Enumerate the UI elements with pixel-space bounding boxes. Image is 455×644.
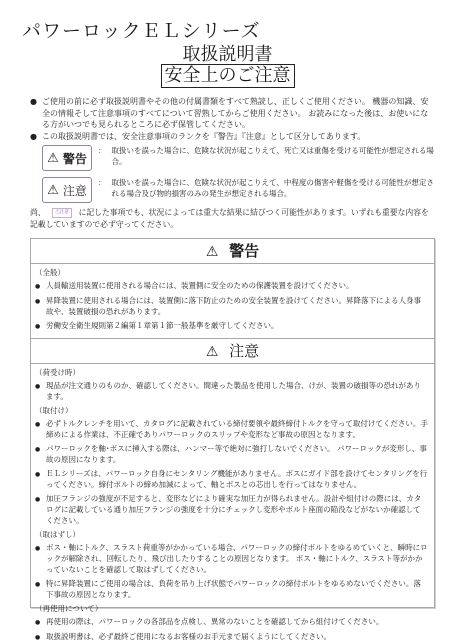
subtitle-wrap: 安全上のご注意 [0, 64, 455, 88]
caution-sign-label: 注意 [63, 182, 87, 199]
item-text: 現品が注文通りのものか、確認してください。間違った製品を使用した場合、けが、装置… [46, 380, 428, 402]
legend-description: ： 取扱いを誤った場合に、危険な状況が起こりえて、死亡又は重傷を受ける可能性が想… [98, 145, 437, 167]
series-title: パワーロックＥＬシリーズ [22, 16, 261, 43]
colon: ： [98, 145, 106, 167]
intro-bullet-text: この取扱説明書では、安全注意事項のランクを『警告』『注意』として区分してあります… [42, 131, 365, 143]
bullet-icon: ● [35, 380, 46, 402]
list-item: ●昇降装置に使用される場合には、装置側に落下防止のための安全装置を設けてください… [35, 295, 428, 317]
item-text: パワーロックを軸･ボスに挿入する際は、ハンマー等で絶対に強打しないでください。 … [46, 443, 428, 465]
group-heading: （全般） [35, 267, 428, 278]
intro-bullet: ● この取扱説明書では、安全注意事項のランクを『警告』『注意』として区分してあり… [30, 131, 435, 143]
item-text: ＥＬシリーズは、パワーロック自身にセンタリング機能がありません。ボスにガイド部を… [46, 468, 428, 490]
item-text: 労働安全衛生規則第２編第１章第１節一般基準を厳守してください。 [46, 320, 428, 332]
caution-section-header: ⚠ 注意 [31, 338, 434, 364]
warning-triangle-icon: ⚠ [206, 344, 219, 360]
bullet-icon: ● [35, 616, 46, 628]
legend-row-warning: ⚠ 警告 ： 取扱いを誤った場合に、危険な状況が起こりえて、死亡又は重傷を受ける… [42, 145, 437, 171]
list-item: ●現品が注文通りのものか、確認してください。間違った製品を使用した場合、けが、装… [35, 380, 428, 402]
note-text: に記した事項でも、状況によっては重大な結果に結びつく可能性があります。いずれも重… [30, 208, 429, 229]
warning-sign: ⚠ 警告 [42, 145, 92, 171]
bullet-icon: ● [35, 542, 46, 575]
warning-section-header: ⚠ 警告 [31, 239, 434, 264]
list-item: ●労働安全衛生規則第２編第１章第１節一般基準を厳守してください。 [35, 320, 428, 332]
list-item: ●パワーロックを軸･ボスに挿入する際は、ハンマー等で絶対に強打しないでください。… [35, 443, 428, 465]
note-paragraph: 尚、 ⚠注意 に記した事項でも、状況によっては重大な結果に結びつく可能性がありま… [30, 207, 435, 230]
bullet-icon: ● [30, 131, 42, 143]
legend-row-caution: ⚠ 注意 ： 取扱いを誤った場合に、危険な状況が起こりえて、中程度の傷害や軽傷を… [42, 177, 437, 203]
item-text: 必ずトルクレンチを用いて、カタログに記載されている締付要領や最終締付トルクを守っ… [46, 418, 428, 440]
intro-bullet-text: ご使用の前に必ず取扱説明書やその他の付属書類をすべて熟読し、正しくご使用ください… [42, 96, 435, 131]
list-item: ●特に昇降装置にご使用の場合は、負荷を吊り上げ状態でパワーロックの締付ボルトをゆ… [35, 578, 428, 600]
warning-triangle-icon: ⚠ [47, 151, 59, 166]
list-item: ●ボス・軸にトルク、スラスト荷重等がかかっている場合、パワーロックの締付ボルトを… [35, 542, 428, 575]
item-text: 取扱説明書は、必ず最終ご使用になるお客様のお手元まで届くようにしてください。 [46, 631, 428, 643]
item-text: 加圧フランジの強度が不足すると、変形などにより確実な加圧力が得られません。設計や… [46, 493, 428, 526]
group-heading: （取付け） [35, 405, 428, 416]
caution-sign: ⚠ 注意 [42, 177, 92, 203]
document-title: 取扱説明書 [0, 40, 455, 66]
bullet-icon: ● [35, 320, 46, 332]
bullet-icon: ● [35, 578, 46, 600]
caution-definition: 取扱いを誤った場合に、危険な状況が起こりえて、中程度の傷害や軽傷を受ける可能性が… [112, 177, 438, 199]
warning-section-body: （全般） ●人員輸送用装置に使用される場合には、装置側に安全のための保護装置を設… [31, 264, 434, 338]
caution-section-body: （荷受け時） ●現品が注文通りのものか、確認してください。間違った製品を使用した… [31, 364, 434, 644]
warning-triangle-icon: ⚠ [206, 244, 219, 260]
bullet-icon: ● [35, 280, 46, 292]
bullet-icon: ● [30, 96, 42, 131]
group-heading: （取はずし） [35, 529, 428, 540]
list-item: ●ＥＬシリーズは、パワーロック自身にセンタリング機能がありません。ボスにガイド部… [35, 468, 428, 490]
warning-section-title: 警告 [229, 242, 259, 260]
bullet-icon: ● [35, 418, 46, 440]
item-text: 人員輸送用装置に使用される場合には、装置側に安全のための保護装置を設けてください… [46, 280, 428, 292]
list-item: ●取扱説明書は、必ず最終ご使用になるお客様のお手元まで届くようにしてください。 [35, 631, 428, 643]
bullet-icon: ● [35, 631, 46, 643]
intro-section: ● ご使用の前に必ず取扱説明書やその他の付属書類をすべて熟読し、正しくご使用くだ… [30, 96, 435, 142]
list-item: ●必ずトルクレンチを用いて、カタログに記載されている締付要領や最終締付トルクを守… [35, 418, 428, 440]
warning-sign-label: 警告 [63, 150, 87, 167]
warning-definition: 取扱いを誤った場合に、危険な状況が起こりえて、死亡又は重傷を受ける可能性が想定さ… [112, 145, 438, 167]
rank-legend: ⚠ 警告 ： 取扱いを誤った場合に、危険な状況が起こりえて、死亡又は重傷を受ける… [42, 145, 437, 209]
colon: ： [98, 177, 106, 199]
mini-caution-sign-icon: ⚠注意 [52, 208, 72, 218]
safety-table: ⚠ 警告 （全般） ●人員輸送用装置に使用される場合には、装置側に安全のための保… [30, 238, 435, 608]
legend-description: ： 取扱いを誤った場合に、危険な状況が起こりえて、中程度の傷害や軽傷を受ける可能… [98, 177, 437, 199]
group-heading: （荷受け時） [35, 367, 428, 378]
item-text: ボス・軸にトルク、スラスト荷重等がかかっている場合、パワーロックの締付ボルトをゆ… [46, 542, 428, 575]
safety-precautions-heading: 安全上のご注意 [161, 64, 295, 88]
item-text: 特に昇降装置にご使用の場合は、負荷を吊り上げ状態でパワーロックの締付ボルトをゆる… [46, 578, 428, 600]
note-prefix: 尚、 [30, 208, 46, 217]
group-heading: （再使用について） [35, 603, 428, 614]
warning-triangle-icon: ⚠ [47, 183, 59, 198]
list-item: ●再使用の際は、パワーロックの各部品を点検し、異常のないことを確認してから組付け… [35, 616, 428, 628]
list-item: ●加圧フランジの強度が不足すると、変形などにより確実な加圧力が得られません。設計… [35, 493, 428, 526]
bullet-icon: ● [35, 443, 46, 465]
bullet-icon: ● [35, 493, 46, 526]
item-text: 昇降装置に使用される場合には、装置側に落下防止のための安全装置を設けてください。… [46, 295, 428, 317]
bullet-icon: ● [35, 468, 46, 490]
bullet-icon: ● [35, 295, 46, 317]
item-text: 再使用の際は、パワーロックの各部品を点検し、異常のないことを確認してから組付けて… [46, 616, 428, 628]
intro-bullet: ● ご使用の前に必ず取扱説明書やその他の付属書類をすべて熟読し、正しくご使用くだ… [30, 96, 435, 131]
caution-section-title: 注意 [229, 342, 259, 360]
list-item: ●人員輸送用装置に使用される場合には、装置側に安全のための保護装置を設けてくださ… [35, 280, 428, 292]
